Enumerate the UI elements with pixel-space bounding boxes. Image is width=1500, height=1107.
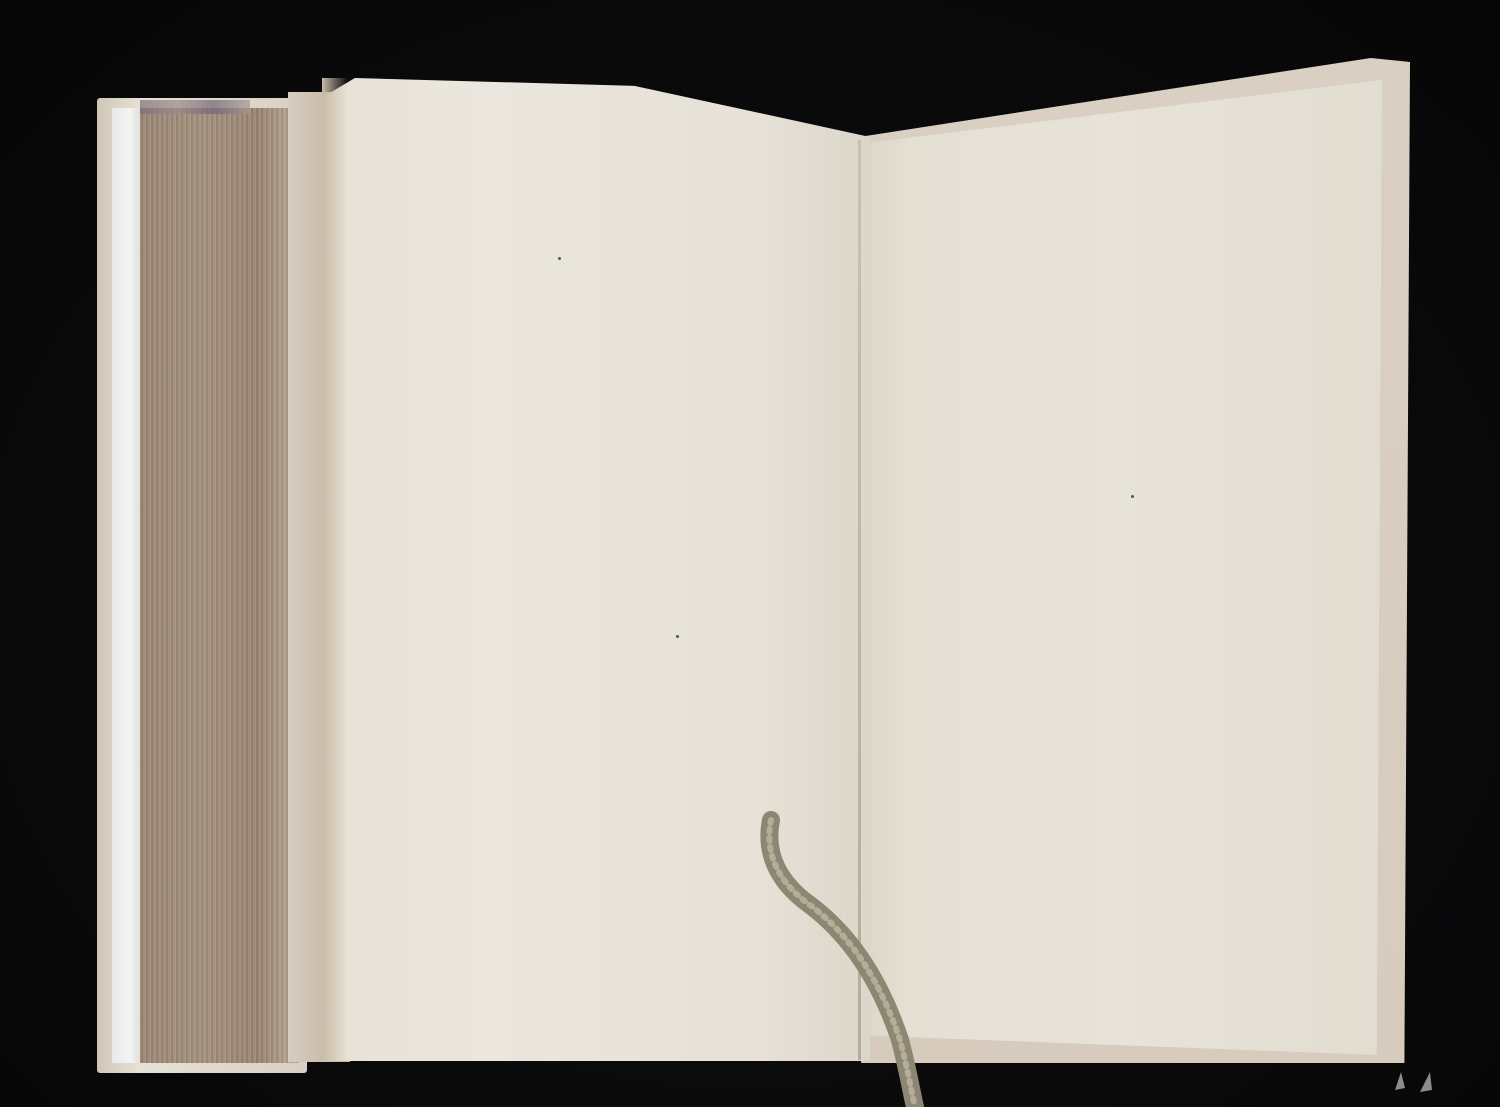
left-page-shadow: [322, 78, 348, 1061]
paper-speck: [558, 257, 561, 260]
book-gutter: [858, 140, 861, 1060]
paper-speck: [676, 635, 679, 638]
photo-scene: [0, 0, 1500, 1107]
paper-speck: [1131, 495, 1134, 498]
page-edges-top: [140, 100, 250, 114]
right-blank-page: [862, 80, 1382, 1055]
left-blank-page: [322, 78, 870, 1061]
page-edges: [140, 108, 298, 1063]
white-flyleaf-edge: [112, 108, 142, 1063]
